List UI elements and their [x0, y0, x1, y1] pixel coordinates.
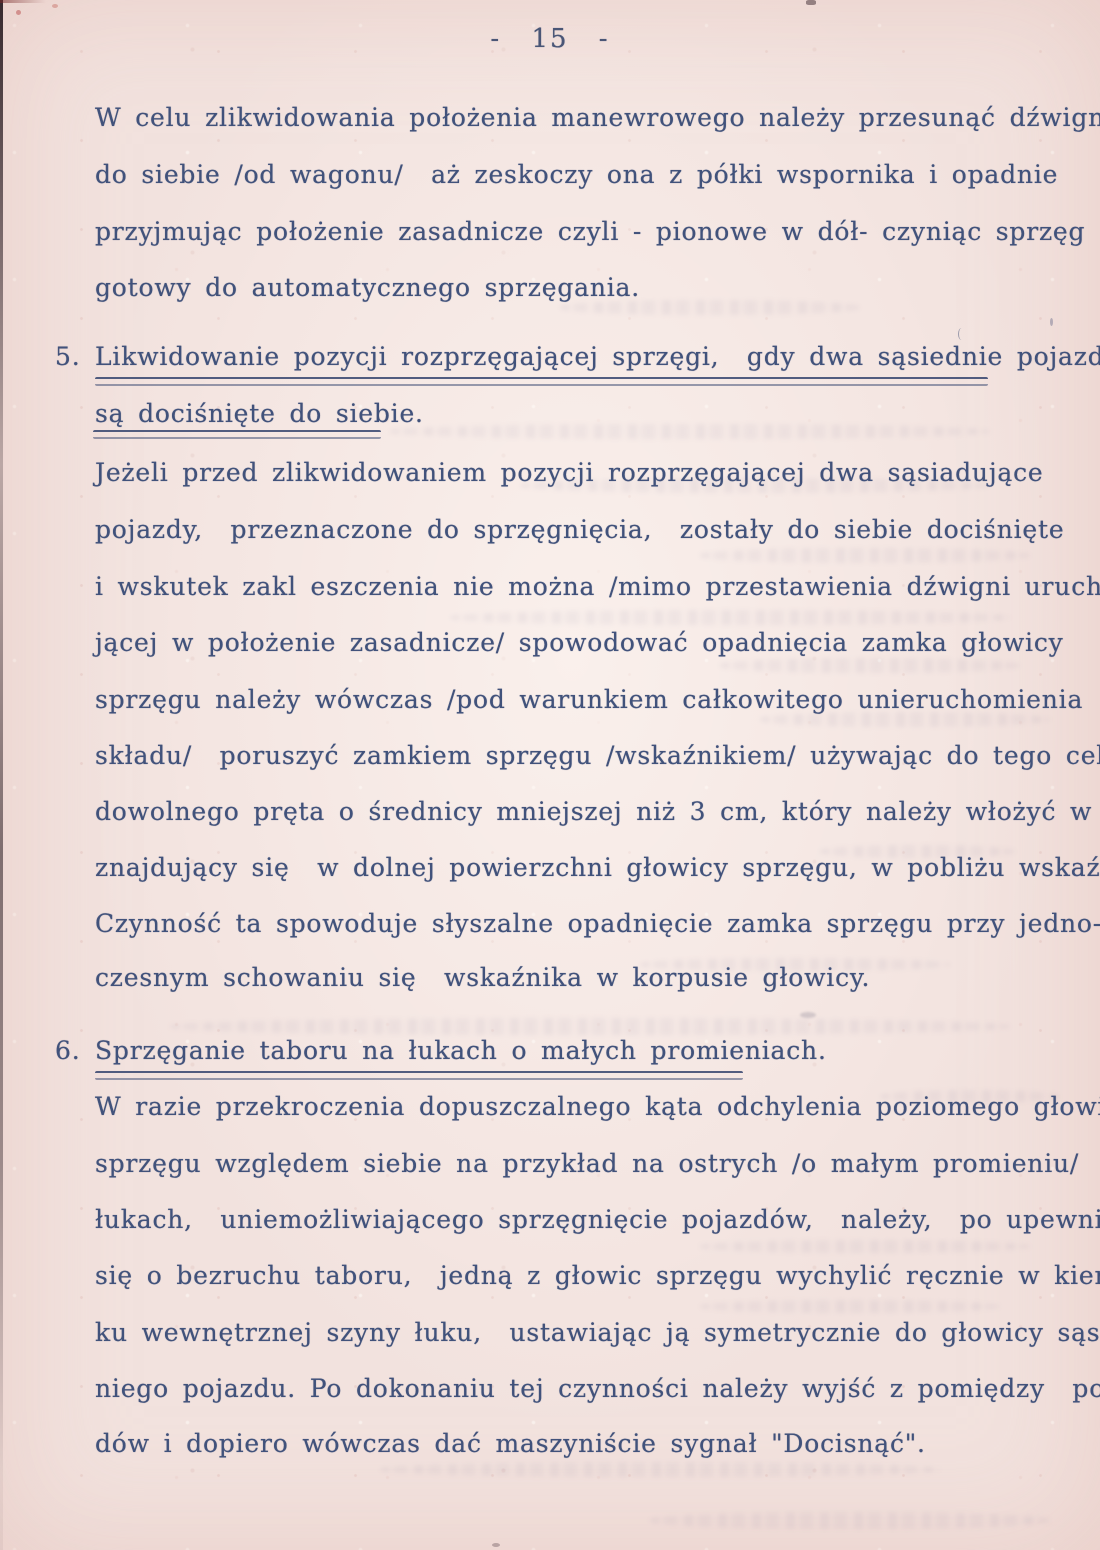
bleed-through-mark: [390, 424, 990, 439]
ink-artifact: [1050, 318, 1053, 326]
text-line: gotowy do automatycznego sprzęgania.: [95, 273, 640, 303]
text-line: znajdujący się w dolnej powierzchni głow…: [95, 853, 1100, 883]
paper-smudge: [800, 1012, 816, 1018]
bleed-through-mark: [450, 610, 1010, 625]
text-line: sprzęgu względem siebie na przykład na o…: [95, 1149, 1079, 1179]
scan-edge-shadow-top: [0, 0, 46, 3]
heading-underline: [95, 377, 988, 386]
text-line: dowolnego pręta o średnicy mniejszej niż…: [95, 797, 1100, 827]
section-number: 5.: [55, 342, 80, 372]
section-heading-line: Likwidowanie pozycji rozprzęgającej sprz…: [95, 342, 1100, 372]
text-line: W razie przekroczenia dopuszczalnego kąt…: [95, 1092, 1100, 1122]
text-line: ku wewnętrznej szyny łuku, ustawiając ją…: [95, 1318, 1100, 1348]
text-line: do siebie /od wagonu/ aż zeskoczy ona z …: [95, 160, 1058, 190]
paper-speck: [492, 1543, 500, 1547]
scanned-page: - 15 - W celu zlikwidowania położenia ma…: [0, 0, 1100, 1550]
bleed-through-mark: [380, 1462, 940, 1477]
paper-speck: [52, 4, 58, 8]
bleed-through-mark: [650, 1512, 1050, 1529]
bleed-through-mark: [700, 548, 1030, 563]
text-line: Jeżeli przed zlikwidowaniem pozycji rozp…: [95, 458, 1043, 488]
paper-speck: [16, 10, 21, 15]
ink-artifact: [958, 328, 965, 340]
text-line: sprzęgu należy wówczas /pod warunkiem ca…: [95, 685, 1083, 715]
text-line: niego pojazdu. Po dokonaniu tej czynnośc…: [95, 1374, 1100, 1404]
bleed-through-mark: [170, 1018, 1010, 1035]
section-number: 6.: [55, 1036, 80, 1066]
text-line: i wskutek zakl eszczenia nie można /mimo…: [95, 572, 1100, 602]
text-line: W celu zlikwidowania położenia manewrowe…: [95, 103, 1100, 133]
section-heading-line: są dociśnięte do siebie.: [95, 399, 424, 429]
text-line: się o bezruchu taboru, jedną z głowic sp…: [95, 1261, 1100, 1291]
text-line: pojazdy, przeznaczone do sprzęgnięcia, z…: [95, 515, 1064, 545]
text-line: jącej w położenie zasadnicze/ spowodować…: [95, 628, 1064, 658]
scan-edge-shadow: [0, 0, 3, 1550]
paper-speck: [806, 0, 816, 5]
section-heading-line: Sprzęganie taboru na łukach o małych pro…: [95, 1036, 827, 1066]
text-line: dów i dopiero wówczas dać maszyniście sy…: [95, 1429, 926, 1459]
text-line: przyjmując położenie zasadnicze czyli - …: [95, 217, 1085, 247]
bleed-through-mark: [700, 1300, 1000, 1313]
text-line: łukach, uniemożliwiającego sprzęgnięcie …: [95, 1205, 1100, 1235]
bleed-through-mark: [720, 658, 1020, 673]
text-line: Czynność ta spowoduje słyszalne opadnięc…: [95, 909, 1100, 939]
page-number: - 15 -: [0, 24, 1100, 54]
text-line: składu/ poruszyć zamkiem sprzęgu /wskaźn…: [95, 741, 1100, 771]
heading-underline: [93, 430, 381, 439]
bleed-through-mark: [700, 1240, 1030, 1253]
text-line: czesnym schowaniu się wskaźnika w korpus…: [95, 963, 870, 993]
heading-underline: [95, 1071, 743, 1080]
